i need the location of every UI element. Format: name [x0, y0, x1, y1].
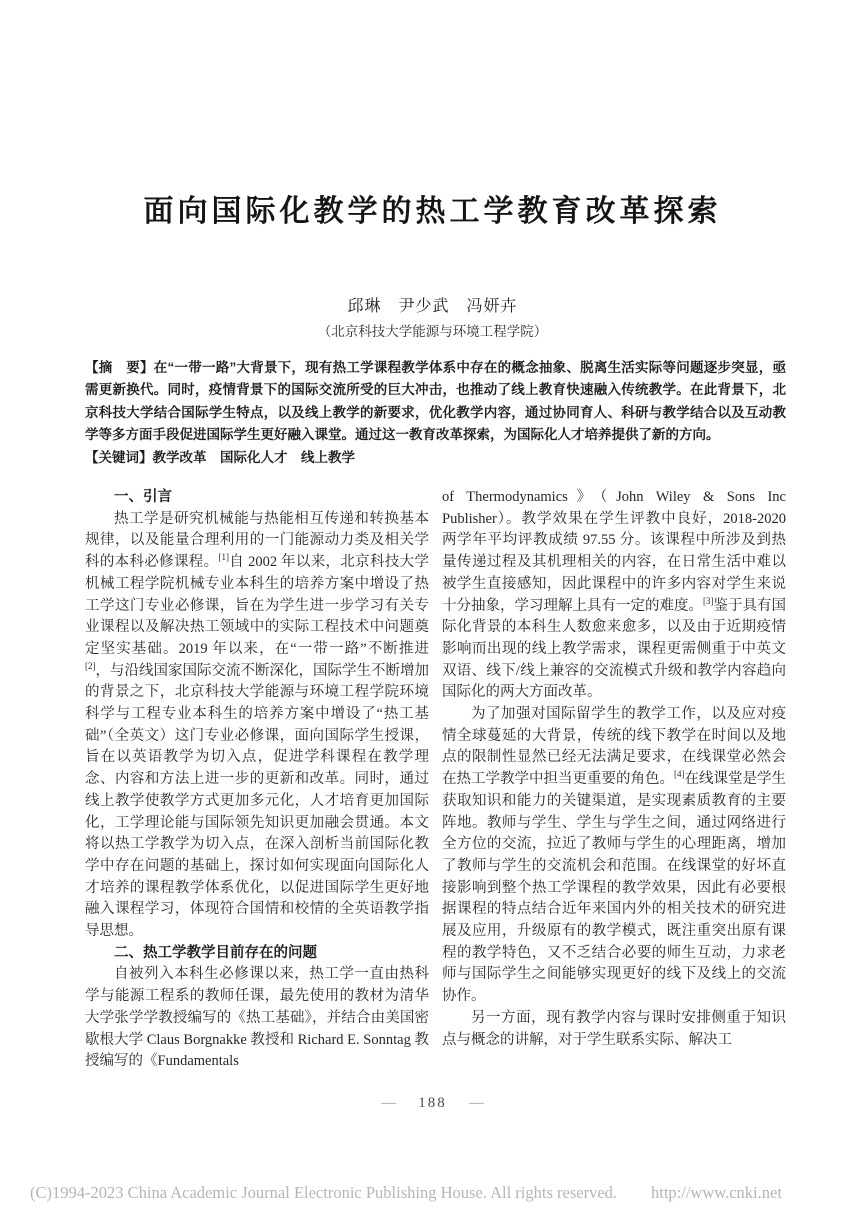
section-heading: 二、热工学教学目前存在的问题 [85, 943, 429, 965]
right-column: of Thermodynamics》（John Wiley & Sons Inc… [442, 487, 786, 1073]
paper-title: 面向国际化教学的热工学教育改革探索 [0, 186, 865, 230]
copyright-text: (C)1994-2023 China Academic Journal Elec… [30, 1183, 617, 1202]
page-number: — 188 — [0, 1095, 865, 1112]
citation-ref: [3] [703, 596, 714, 606]
keywords-text: 教学改革 国际化人才 线上教学 [153, 450, 356, 465]
cnki-url: http://www.cnki.net [651, 1183, 782, 1202]
body-paragraph: of Thermodynamics》（John Wiley & Sons Inc… [442, 487, 786, 704]
body-paragraph: 热工学是研究机械能与热能相互传递和转换基本规律，以及能量合理利用的一门能源动力类… [85, 509, 429, 943]
citation-ref: [2] [85, 661, 96, 671]
page-number-value: 188 [418, 1095, 447, 1112]
body-paragraph: 为了加强对国际留学生的教学工作，以及应对疫情全球蔓延的大背景，传统的线下教学在时… [442, 704, 786, 1008]
citation-ref: [4] [674, 769, 685, 779]
keywords-line: 【关键词】教学改革 国际化人才 线上教学 [85, 447, 786, 469]
abstract-text: 在“一带一路”大背景下，现有热工学课程教学体系中存在的概念抽象、脱离生活实际等问… [85, 360, 786, 442]
affiliation: （北京科技大学能源与环境工程学院） [0, 320, 865, 340]
page-number-dash-right: — [469, 1095, 484, 1112]
paper-page: 面向国际化教学的热工学教育改革探索 邱琳 尹少武 冯妍卉 （北京科技大学能源与环… [0, 0, 865, 1225]
authors: 邱琳 尹少武 冯妍卉 [0, 293, 865, 316]
page-number-dash-left: — [381, 1095, 396, 1112]
body-columns: 一、引言热工学是研究机械能与热能相互传递和转换基本规律，以及能量合理利用的一门能… [85, 487, 786, 1073]
body-paragraph: 自被列入本科生必修课以来，热工学一直由热科学与能源工程系的教师任课，最先使用的教… [85, 964, 429, 1073]
abstract-label: 【摘 要】 [85, 360, 154, 375]
copyright-line: (C)1994-2023 China Academic Journal Elec… [30, 1183, 782, 1203]
abstract-paragraph: 【摘 要】在“一带一路”大背景下，现有热工学课程教学体系中存在的概念抽象、脱离生… [85, 357, 786, 447]
body-paragraph: 另一方面，现有教学内容与课时安排侧重于知识点与概念的讲解，对于学生联系实际、解决… [442, 1008, 786, 1051]
abstract-block: 【摘 要】在“一带一路”大背景下，现有热工学课程教学体系中存在的概念抽象、脱离生… [85, 357, 786, 469]
keywords-label: 【关键词】 [85, 450, 153, 465]
citation-ref: [1] [218, 552, 229, 562]
left-column: 一、引言热工学是研究机械能与热能相互传递和转换基本规律，以及能量合理利用的一门能… [85, 487, 429, 1073]
section-heading: 一、引言 [85, 487, 429, 509]
